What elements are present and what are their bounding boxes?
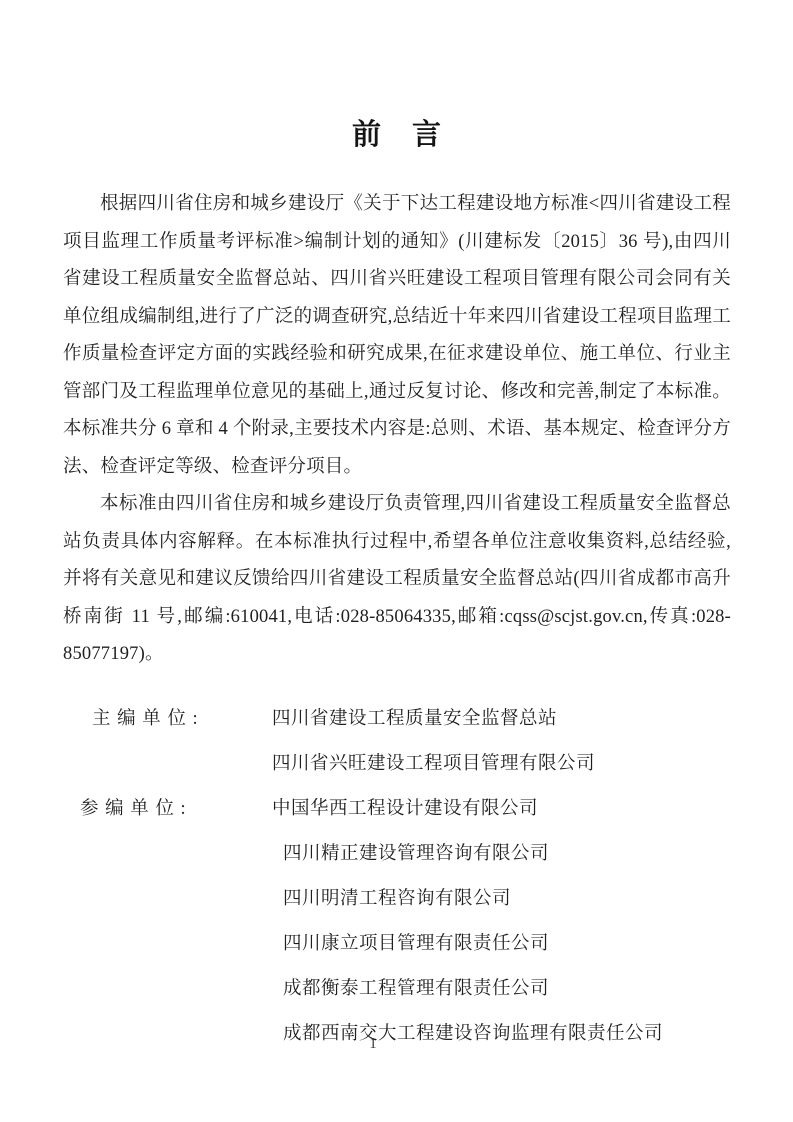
participant-row: 成都衡泰工程管理有限责任公司	[63, 967, 731, 1012]
preface-paragraph-1: 根据四川省住房和城乡建设厅《关于下达工程建设地方标准<四川省建设工程项目监理工作…	[63, 186, 731, 486]
chief-editor-row: 主 编 单 位 : 四川省建设工程质量安全监督总站	[63, 697, 731, 742]
participant-row: 参 编 单 位 : 中国华西工程设计建设有限公司	[63, 787, 731, 832]
chief-editor-row: 四川省兴旺建设工程项目管理有限公司	[63, 742, 731, 787]
page-title: 前 言	[63, 0, 731, 150]
chief-editor-unit-1: 四川省建设工程质量安全监督总站	[272, 697, 557, 742]
preface-paragraph-2: 本标准由四川省住房和城乡建设厅负责管理,四川省建设工程质量安全监督总站负责具体内…	[63, 486, 731, 674]
document-page: 前 言 根据四川省住房和城乡建设厅《关于下达工程建设地方标准<四川省建设工程项目…	[0, 0, 793, 1122]
page-footer: 1	[0, 1036, 746, 1053]
participant-row: 四川明清工程咨询有限公司	[63, 877, 731, 922]
page-number: 1	[369, 1036, 376, 1052]
participant-row: 四川康立项目管理有限责任公司	[63, 922, 731, 967]
participant-editor-label: 参 编 单 位 :	[63, 787, 272, 832]
participant-unit-4: 四川康立项目管理有限责任公司	[283, 922, 549, 967]
editing-units-section: 主 编 单 位 : 四川省建设工程质量安全监督总站 四川省兴旺建设工程项目管理有…	[63, 697, 731, 1057]
participant-unit-2: 四川精正建设管理咨询有限公司	[283, 832, 549, 877]
chief-editor-unit-2: 四川省兴旺建设工程项目管理有限公司	[272, 742, 595, 787]
page-content: 前 言 根据四川省住房和城乡建设厅《关于下达工程建设地方标准<四川省建设工程项目…	[0, 0, 793, 1057]
chief-editor-label: 主 编 单 位 :	[63, 697, 272, 742]
participant-unit-1: 中国华西工程设计建设有限公司	[272, 787, 538, 832]
participant-unit-5: 成都衡泰工程管理有限责任公司	[283, 967, 549, 1012]
participant-unit-3: 四川明清工程咨询有限公司	[283, 877, 511, 922]
participant-row: 四川精正建设管理咨询有限公司	[63, 832, 731, 877]
preface-body: 根据四川省住房和城乡建设厅《关于下达工程建设地方标准<四川省建设工程项目监理工作…	[63, 186, 731, 674]
